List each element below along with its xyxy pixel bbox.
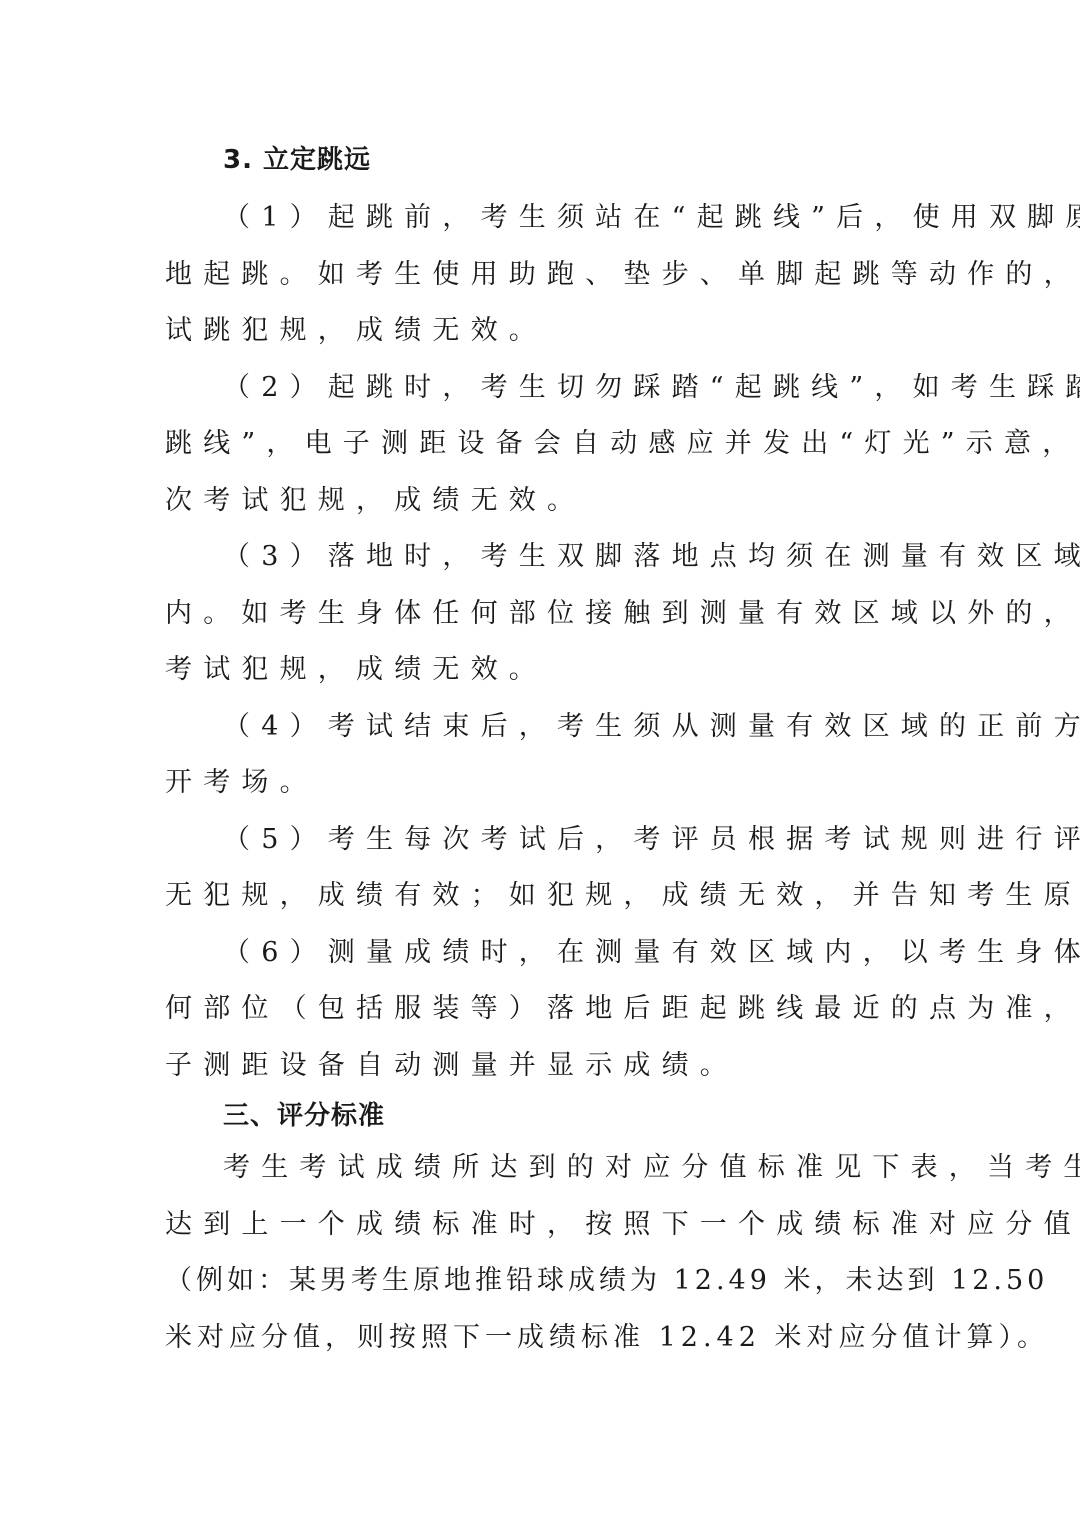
text-line: 试跳犯规，成绩无效。 (165, 303, 917, 360)
rule-paragraph-1: （1）起跳前，考生须站在“起跳线”后，使用双脚原 地起跳。如考生使用助跑、垫步、… (165, 190, 917, 360)
text-line: （5）考生每次考试后，考评员根据考试规则进行评判。 (165, 812, 917, 869)
text-line: （4）考试结束后，考生须从测量有效区域的正前方离 (165, 699, 917, 756)
rule-paragraph-3: （3）落地时，考生双脚落地点均须在测量有效区域以 内。如考生身体任何部位接触到测… (165, 529, 917, 699)
text-line: 地起跳。如考生使用助跑、垫步、单脚起跳等动作的，该次 (165, 247, 917, 304)
text-line: 何部位（包括服装等）落地后距起跳线最近的点为准，由电 (165, 981, 917, 1038)
scoring-paragraph: 考生考试成绩所达到的对应分值标准见下表，当考生未 达到上一个成绩标准时，按照下一… (165, 1140, 917, 1366)
text-line: （6）测量成绩时，在测量有效区域内，以考生身体任 (165, 925, 917, 982)
text-line: 考生考试成绩所达到的对应分值标准见下表，当考生未 (165, 1140, 917, 1197)
text-line: （3）落地时，考生双脚落地点均须在测量有效区域以 (165, 529, 917, 586)
text-line: 无犯规，成绩有效；如犯规，成绩无效，并告知考生原因。 (165, 868, 917, 925)
rule-paragraph-5: （5）考生每次考试后，考评员根据考试规则进行评判。 无犯规，成绩有效；如犯规，成… (165, 812, 917, 925)
text-line: 内。如考生身体任何部位接触到测量有效区域以外的，该次 (165, 586, 917, 643)
rule-paragraph-2: （2）起跳时，考生切勿踩踏“起跳线”，如考生踩踏“起 跳线”，电子测距设备会自动… (165, 360, 917, 530)
text-line: （例如：某男考生原地推铅球成绩为 12.49 米，未达到 12.50 (165, 1253, 917, 1310)
text-line: 达到上一个成绩标准时，按照下一个成绩标准对应分值计算 (165, 1197, 917, 1254)
text-line: （2）起跳时，考生切勿踩踏“起跳线”，如考生踩踏“起 (165, 360, 917, 417)
section-title: 3. 立定跳远 (223, 138, 917, 182)
document-page: 3. 立定跳远 （1）起跳前，考生须站在“起跳线”后，使用双脚原 地起跳。如考生… (165, 138, 917, 1366)
text-line: 子测距设备自动测量并显示成绩。 (165, 1038, 917, 1095)
text-line: （1）起跳前，考生须站在“起跳线”后，使用双脚原 (165, 190, 917, 247)
text-line: 跳线”，电子测距设备会自动感应并发出“灯光”示意，该 (165, 416, 917, 473)
rule-paragraph-6: （6）测量成绩时，在测量有效区域内，以考生身体任 何部位（包括服装等）落地后距起… (165, 925, 917, 1095)
text-line: 次考试犯规，成绩无效。 (165, 473, 917, 530)
text-line: 开考场。 (165, 755, 917, 812)
rule-paragraph-4: （4）考试结束后，考生须从测量有效区域的正前方离 开考场。 (165, 699, 917, 812)
text-line: 考试犯规，成绩无效。 (165, 642, 917, 699)
text-line: 米对应分值，则按照下一成绩标准 12.42 米对应分值计算）。 (165, 1310, 917, 1367)
scoring-heading: 三、评分标准 (223, 1094, 917, 1138)
